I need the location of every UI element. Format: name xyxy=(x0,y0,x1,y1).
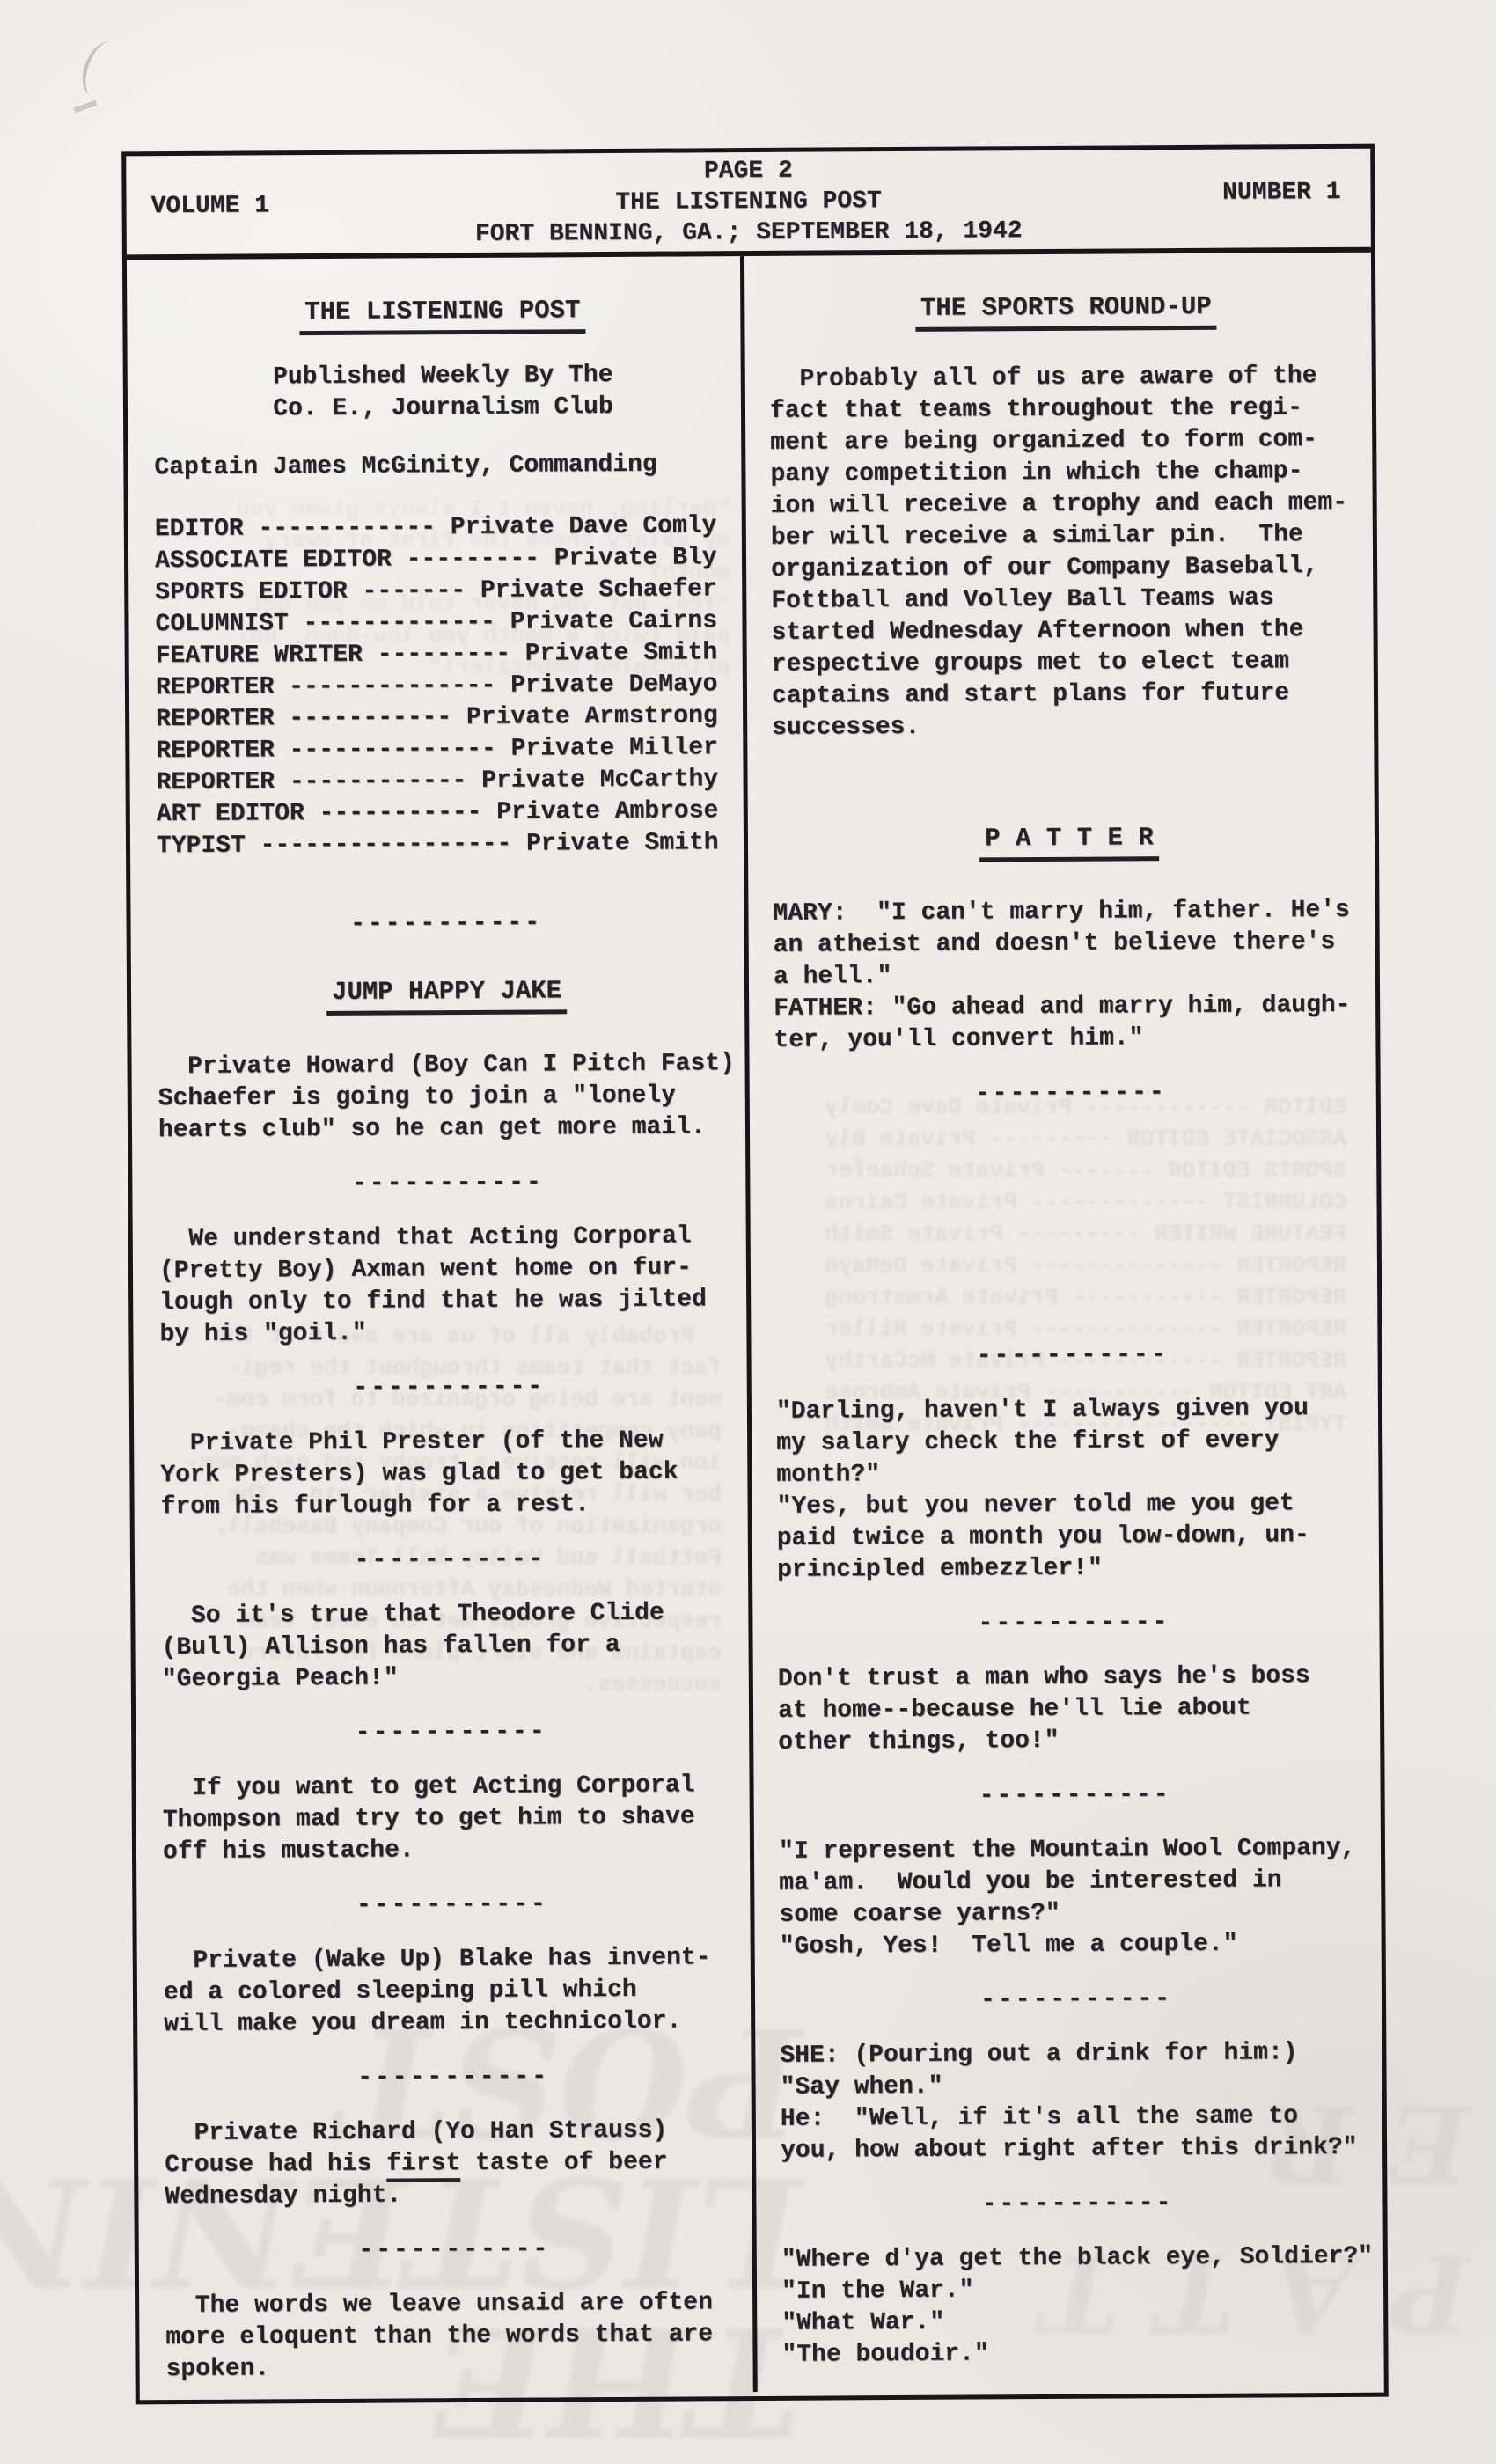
masthead-header: PAGE 2 THE LISTENING POST FORT BENNING, … xyxy=(126,149,1371,260)
patter-joke: SHE: (Pouring out a drink for him:) "Say… xyxy=(780,2037,1374,2167)
patter-joke: "I represent the Mountain Wool Company, … xyxy=(779,1833,1373,1963)
section-title-jump-happy-jake: JUMP HAPPY JAKE xyxy=(326,974,567,1016)
number-label: NUMBER 1 xyxy=(1222,179,1341,207)
item-divider: ----------- xyxy=(779,1778,1372,1814)
item-divider: ----------- xyxy=(161,1543,739,1578)
section-divider: ----------- xyxy=(157,906,735,942)
item-divider: ----------- xyxy=(164,2060,742,2095)
item-divider: ----------- xyxy=(780,1983,1373,2018)
sports-body: Probably all of us are aware of the fact… xyxy=(770,361,1366,744)
item-divider: ----------- xyxy=(777,1606,1370,1641)
section-title-sports-round-up: THE SPORTS ROUND-UP xyxy=(915,290,1217,332)
jake-item: We understand that Acting Corporal (Pret… xyxy=(159,1221,738,1351)
pencil-mark xyxy=(78,37,124,99)
staff-list: EDITOR ------------ Private Dave Comly A… xyxy=(155,510,735,862)
left-column: THE LISTENING POST Published Weekly By T… xyxy=(127,256,753,2395)
masthead-center: PAGE 2 THE LISTENING POST FORT BENNING, … xyxy=(126,152,1371,253)
item-divider: ----------- xyxy=(162,1715,740,1750)
jake-item: So it's true that Theodore Clide (Bull) … xyxy=(161,1597,740,1696)
jake-item: If you want to get Acting Corporal Thomp… xyxy=(162,1770,741,1868)
pencil-mark xyxy=(74,100,97,114)
patter-joke: "Darling, haven't I always given you my … xyxy=(776,1393,1370,1587)
volume-label: VOLUME 1 xyxy=(150,192,269,220)
section-title-patter: P A T T E R xyxy=(979,821,1159,862)
closing-item: The words we leave unsaid are often more… xyxy=(165,2287,744,2386)
item-divider: ----------- xyxy=(165,2233,744,2268)
spacer xyxy=(772,741,1366,824)
item-divider: ----------- xyxy=(775,1338,1368,1374)
item-divider: ----------- xyxy=(158,1166,737,1201)
page-frame: PAGE 2 THE LISTENING POST FORT BENNING, … xyxy=(121,144,1389,2405)
newsletter-page: EDITOR ------------ Private Dave Comly A… xyxy=(0,0,1496,2464)
jake-item: Private Phil Prester (of the New York Pr… xyxy=(160,1425,739,1523)
jake-item-crouse: Private Richard (Yo Han Strauss) Crouse … xyxy=(165,2115,744,2213)
item-divider: ----------- xyxy=(781,2187,1374,2222)
right-column: THE SPORTS ROUND-UP Probably all of us a… xyxy=(740,253,1384,2392)
body-columns: THE LISTENING POST Published Weekly By T… xyxy=(127,253,1384,2396)
item-divider: ----------- xyxy=(774,1076,1368,1111)
jake-item: Private Howard (Boy Can I Pitch Fast) Sc… xyxy=(158,1048,737,1147)
item-divider: ----------- xyxy=(160,1370,738,1405)
item-divider: ----------- xyxy=(163,1888,741,1923)
jake-item: Private (Wake Up) Blake has invent- ed a… xyxy=(164,1942,743,2041)
spacer-bleed-area xyxy=(774,1131,1368,1319)
patter-joke: "Where d'ya get the black eye, Soldier?"… xyxy=(781,2241,1375,2372)
commander-line: Captain James McGinity, Commanding xyxy=(154,449,732,484)
published-by-lines: Published Weekly By The Co. E., Journali… xyxy=(154,359,732,426)
masthead-title: THE LISTENING POST xyxy=(299,294,586,335)
crouse-underlined-word: first xyxy=(386,2150,460,2182)
dateline: FORT BENNING, GA.; SEPTEMBER 18, 1942 xyxy=(127,214,1371,253)
patter-joke: Don't trust a man who says he's boss at … xyxy=(778,1661,1372,1759)
patter-joke: MARY: "I can't marry him, father. He's a… xyxy=(773,895,1367,1057)
